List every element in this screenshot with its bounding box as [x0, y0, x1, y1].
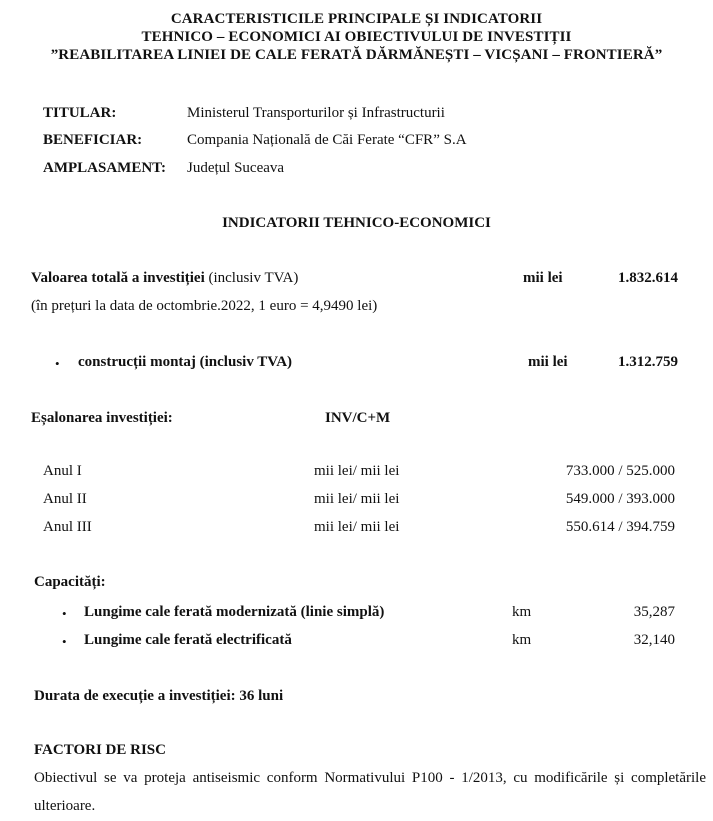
bullet-icon: •: [55, 356, 60, 372]
schedule-row-unit: mii lei/ mii lei: [314, 491, 399, 508]
total-label-normal: (inclusiv TVA): [205, 270, 299, 286]
schedule-title: Eșalonarea investiției:: [31, 410, 173, 427]
schedule-row-year: Anul I: [43, 463, 82, 480]
risk-title: FACTORI DE RISC: [34, 742, 166, 759]
capacity-label: Lungime cale ferată modernizată (linie s…: [84, 604, 384, 621]
document-title-line-1: CARACTERISTICILE PRINCIPALE ȘI INDICATOR…: [0, 11, 713, 28]
capacity-value: 32,140: [634, 632, 675, 649]
schedule-row-unit: mii lei/ mii lei: [314, 463, 399, 480]
total-label-bold: Valoarea totală a investiției: [31, 270, 205, 286]
beneficiar-label: BENEFICIAR:: [43, 132, 142, 149]
total-amount: 1.832.614: [618, 270, 678, 287]
bullet-icon: •: [62, 634, 67, 650]
schedule-row-value: 550.614 / 394.759: [566, 519, 675, 536]
schedule-row-unit: mii lei/ mii lei: [314, 519, 399, 536]
schedule-row-value: 549.000 / 393.000: [566, 491, 675, 508]
capacity-unit: km: [512, 604, 531, 621]
capacity-value: 35,287: [634, 604, 675, 621]
cm-amount: 1.312.759: [618, 354, 678, 371]
schedule-column-header: INV/C+M: [325, 410, 390, 427]
capacities-title: Capacități:: [34, 574, 106, 591]
capacity-unit: km: [512, 632, 531, 649]
titular-value: Ministerul Transporturilor și Infrastruc…: [187, 105, 445, 122]
cm-unit: mii lei: [528, 354, 568, 371]
total-unit: mii lei: [523, 270, 563, 287]
titular-label: TITULAR:: [43, 105, 116, 122]
capacity-label: Lungime cale ferată electrificată: [84, 632, 292, 649]
document-title-line-3: ”REABILITAREA LINIEI DE CALE FERATĂ DĂRM…: [0, 47, 713, 64]
schedule-row-year: Anul II: [43, 491, 87, 508]
bullet-icon: •: [62, 606, 67, 622]
risk-text: Obiectivul se va proteja antiseismic con…: [34, 764, 706, 820]
schedule-row-value: 733.000 / 525.000: [566, 463, 675, 480]
schedule-row-year: Anul III: [43, 519, 92, 536]
amplasament-label: AMPLASAMENT:: [43, 160, 166, 177]
section-title: INDICATORII TEHNICO-ECONOMICI: [0, 215, 713, 232]
execution-duration: Durata de execuție a investiției: 36 lun…: [34, 688, 283, 705]
total-value-label: Valoarea totală a investiției (inclusiv …: [31, 270, 298, 287]
document-title-line-2: TEHNICO – ECONOMICI AI OBIECTIVULUI DE I…: [0, 29, 713, 46]
beneficiar-value: Compania Națională de Căi Ferate “CFR” S…: [187, 132, 467, 149]
price-note: (în prețuri la data de octombrie.2022, 1…: [31, 298, 377, 315]
cm-label: construcții montaj (inclusiv TVA): [78, 354, 292, 371]
amplasament-value: Județul Suceava: [187, 160, 284, 177]
